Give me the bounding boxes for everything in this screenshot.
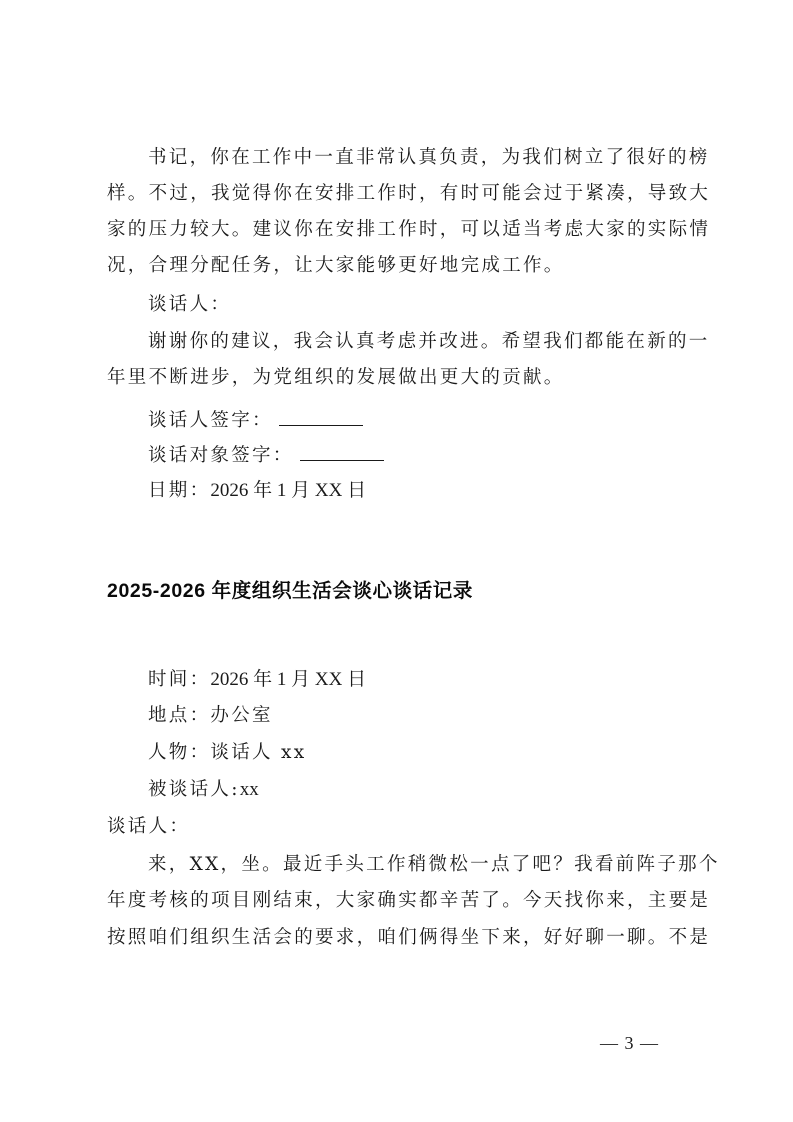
meta-people-value: 谈话人 xx [210,742,306,763]
section-title: 2025-2026 年度组织生活会谈心谈话记录 [107,578,473,604]
paragraph-line: 谢谢你的建议，我会认真考虑并改进。希望我们都能在新的一 [148,330,738,354]
document-page: 书记，你在工作中一直非常认真负责，为我们树立了很好的榜 样。不过，我觉得你在安排… [0,0,793,1122]
meta-place-label: 地点： [148,705,210,726]
meta-interviewee-label: 被谈话人: [148,779,240,800]
meta-time-label: 时间： [148,669,210,690]
signature-interviewer-blank[interactable] [279,408,363,426]
signature-interviewer: 谈话人签字： [148,408,738,433]
meta-interviewee-value: xx [240,779,259,800]
meta-place-value: 办公室 [210,705,272,726]
meta-time-value: 2026 年 1 月 XX 日 [210,669,366,690]
paragraph-line: 年里不断进步，为党组织的发展做出更大的贡献。 [107,366,697,390]
speaker-label: 谈话人： [107,815,697,839]
meta-people: 人物：谈话人 xx [148,741,738,765]
paragraph-line: 年度考核的项目刚结束，大家确实都辛苦了。今天找你来，主要是 [107,889,697,913]
signature-interviewee-blank[interactable] [300,443,384,461]
paragraph-line: 样。不过，我觉得你在安排工作时，有时可能会过于紧凑，导致大 [107,182,697,206]
paragraph-line: 家的压力较大。建议你在安排工作时，可以适当考虑大家的实际情 [107,218,697,242]
date-label: 日期： [148,480,210,501]
signature-interviewee: 谈话对象签字： [148,443,738,468]
meta-interviewee: 被谈话人:xx [148,778,738,802]
paragraph-line: 书记，你在工作中一直非常认真负责，为我们树立了很好的榜 [148,146,738,170]
meta-people-label: 人物： [148,742,210,763]
date-value: 2026 年 1 月 XX 日 [210,480,366,501]
page-number: — 3 — [600,1031,659,1055]
signature-interviewee-label: 谈话对象签字： [148,445,294,466]
signature-interviewer-label: 谈话人签字： [148,410,273,431]
date-line: 日期：2026 年 1 月 XX 日 [148,479,738,503]
paragraph-line: 按照咱们组织生活会的要求，咱们俩得坐下来，好好聊一聊。不是 [107,926,697,950]
paragraph-line: 况，合理分配任务，让大家能够更好地完成工作。 [107,254,697,278]
meta-time: 时间：2026 年 1 月 XX 日 [148,668,738,692]
speaker-label: 谈话人： [148,293,738,317]
meta-place: 地点：办公室 [148,704,738,728]
paragraph-line: 来，XX，坐。最近手头工作稍微松一点了吧？我看前阵子那个 [148,853,738,877]
